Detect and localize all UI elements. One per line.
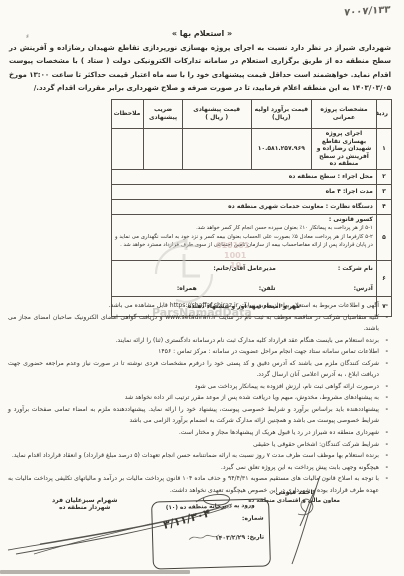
- header-spec: مشخصات پروژه عمرانی: [312, 100, 377, 129]
- row2-number: ۲: [376, 169, 391, 184]
- header-remarks: ملاحظات: [112, 100, 144, 129]
- row6-company-info: نام شرکت : مدیرعامل آقای/خانم: آدرس: تلف…: [112, 260, 377, 296]
- phone-label: تلفن:: [259, 285, 276, 292]
- row5-number: ۵: [376, 214, 391, 260]
- list-item: کلیه متقاضیان شرکت در مناقصه موظف به ثبت…: [8, 312, 388, 335]
- table-row: ۳ مدت اجرا: ۴ ماه: [112, 184, 392, 199]
- mayor-name: شهرام سبزعلیان فرد: [52, 497, 117, 504]
- deputy-signature-stroke: [276, 474, 334, 566]
- row3-duration: مدت اجرا: ۴ ماه: [112, 184, 377, 199]
- list-item: درصورت ارائه گواهی ثبت نام، ارزش افزوده …: [8, 381, 388, 393]
- legal-deduction-item-2: ۵-۲ کارفرما از هر پرداخت معادل ۵٪ بصورت …: [115, 233, 373, 250]
- row2-location: محل اجراء : سطح منطقه ده: [112, 169, 377, 184]
- list-item: شرکت کنندگان ملزم می باشند که آدرس دقیق …: [8, 358, 388, 381]
- address-label: آدرس:: [354, 285, 373, 292]
- row5-legal-deductions: کسور قانونی : ۵-۱ از هر پرداخت به پیمانک…: [112, 214, 377, 260]
- header-estimate: قیمت برآورد اولیه (ریال): [251, 100, 312, 129]
- list-item: شهرداری منطقه ده شیراز در رد یا قبول هری…: [8, 427, 388, 439]
- list-item: آگهی و اطلاعات مربوط به استعلام بهاء از …: [8, 300, 388, 312]
- scanned-inquiry-document: ۷۰۰۷/۱۳۳ ء « استعلام بها » شهرداری شیراز…: [0, 0, 404, 576]
- row1-estimate-value: ۱۰.۵۸۱.۲۵۷.۹۶۹: [251, 129, 312, 170]
- row3-number: ۳: [376, 184, 391, 199]
- list-item: پیشنهاددهنده باید براساس برآورد و شرایط …: [8, 404, 388, 427]
- table-row: ۵ کسور قانونی : ۵-۱ از هر پرداخت به پیما…: [112, 214, 392, 260]
- list-item: هیچگونه وجهی بابت پیش پرداخت به این پروژ…: [8, 462, 388, 474]
- list-item: برنده استعلام بها موظف است ظرف مدت ۷ روز…: [8, 450, 388, 462]
- company-info-line2: آدرس: تلفن: همراه:: [115, 285, 373, 292]
- conditions-list: آگهی و اطلاعات مربوط به استعلام بهاء از …: [8, 300, 388, 496]
- header-row-no: ردیف: [376, 100, 391, 129]
- row4-number: ۴: [376, 199, 391, 214]
- header-coefficient: ضریب پیشنهادی: [144, 100, 182, 129]
- mayor-title: شهردار منطقه ده: [52, 505, 117, 511]
- table-row: ۲ محل اجراء : سطح منطقه ده: [112, 169, 392, 184]
- document-title: « استعلام بها »: [0, 29, 404, 38]
- legal-deduction-item-1: ۵-۱ از هر پرداخت به پیمانکار ۱۰٪ بعنوان …: [115, 224, 373, 233]
- project-price-table: ردیف مشخصات پروژه عمرانی قیمت برآورد اول…: [111, 99, 392, 317]
- header-proposed-price: قیمت پیشنهادی ( ریال ): [182, 100, 251, 129]
- legal-deductions-title: کسور قانونی :: [115, 216, 373, 223]
- list-item: شرایط شرکت کنندگان: اشخاص حقوقی یا حقیقی: [8, 439, 388, 451]
- inquiry-intro-paragraph: شهرداری شیراز در نظر دارد نسبت به اجرای …: [9, 42, 391, 96]
- row1-proposed-price-field: [182, 129, 251, 170]
- company-info-line1: نام شرکت : مدیرعامل آقای/خانم:: [115, 265, 373, 272]
- mobile-label: همراه:: [177, 285, 197, 292]
- handwritten-reference-number: ۷۰۰۷/۱۳۳: [343, 4, 390, 18]
- deputy-name: احمد قیومی: [248, 489, 340, 496]
- table-row: ۱ اجرای پروژه بهسازی تقاطع شهیدان رضازاد…: [112, 129, 392, 170]
- table-row: ۴ دستگاه نظارت : معاونت خدمات شهری منطقه…: [112, 199, 392, 214]
- manager-name-label: مدیرعامل آقای/خانم:: [213, 265, 276, 272]
- row1-remarks-field: [112, 129, 144, 170]
- table-row: ۶ نام شرکت : مدیرعامل آقای/خانم: آدرس: ت…: [112, 260, 392, 296]
- row1-project-spec: اجرای پروژه بهسازی تقاطع شهیدان رضازاده …: [312, 129, 377, 170]
- row1-number: ۱: [376, 129, 391, 170]
- mayor-signature-block: شهرام سبزعلیان فرد شهردار منطقه ده: [52, 497, 117, 511]
- row6-number: ۶: [376, 260, 391, 296]
- table-header-row: ردیف مشخصات پروژه عمرانی قیمت برآورد اول…: [112, 100, 392, 129]
- list-item: به پیشنهادهای مشروط، مخدوش، مبهم ویا دری…: [8, 392, 388, 404]
- scan-edge-artifact: [0, 570, 190, 574]
- mayor-signature-stroke: [0, 488, 250, 558]
- list-item: اطلاعات تماس سامانه ستاد جهت انجام مراحل…: [8, 346, 388, 358]
- row4-supervisor: دستگاه نظارت : معاونت خدمات شهری منطقه د…: [112, 199, 377, 214]
- list-item: برنده استعلام می بایست هنگام عقد قرارداد…: [8, 335, 388, 347]
- company-name-label: نام شرکت :: [338, 265, 373, 272]
- row1-coefficient-field: [144, 129, 182, 170]
